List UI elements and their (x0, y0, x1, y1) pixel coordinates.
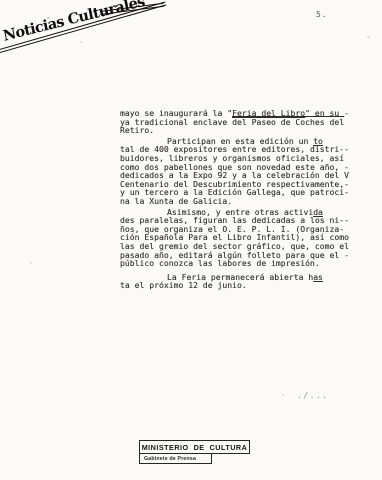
text-line: ta el próximo 12 de junio. (120, 281, 360, 290)
scan-speck (233, 123, 235, 125)
text-segment: na la Xunta de Galicia. (120, 196, 232, 206)
paragraph: Asimismo, y entre otras actividades para… (120, 208, 360, 268)
stamp-title: MINISTERIO DE CULTURA (139, 440, 250, 454)
scan-speck (367, 36, 370, 38)
paragraph: La Feria permanecerá abierta hasta el pr… (120, 273, 360, 290)
paragraph: mayo se inaugurará la "Feria del Libro" … (120, 109, 360, 135)
scan-speck (80, 41, 82, 43)
masthead-title: Noticias Culturales (2, 0, 146, 44)
text-segment: Retiro. (120, 125, 154, 135)
stamp-subtitle: Gabinete de Prensa (139, 454, 212, 464)
continuation-mark: ./... (297, 391, 329, 400)
page-number: 5. (316, 10, 328, 19)
text-segment: público conozca las labores de impresión… (120, 258, 320, 268)
text-segment: as (313, 272, 323, 282)
text-line: Retiro. (120, 126, 360, 135)
text-line: na la Xunta de Galicia. (120, 197, 360, 206)
text-segment: del Paseo de Coches del (232, 117, 344, 127)
text-line: ya tradicional enclave del Paseo de Coch… (120, 118, 360, 127)
scan-speck (30, 262, 32, 264)
ministry-stamp: MINISTERIO DE CULTURA Gabinete de Prensa (139, 440, 250, 464)
scanned-page: Noticias Culturales 5. mayo se inaugurar… (0, 0, 382, 480)
scan-speck (282, 394, 284, 396)
document-body: mayo se inaugurará la "Feria del Libro" … (120, 109, 360, 290)
paragraph: Participan en esta edición un total de 4… (120, 137, 360, 206)
text-line: público conozca las labores de impresión… (120, 259, 360, 268)
scan-speck (47, 17, 50, 19)
text-segment: ta el próximo 12 de junio. (120, 280, 247, 290)
